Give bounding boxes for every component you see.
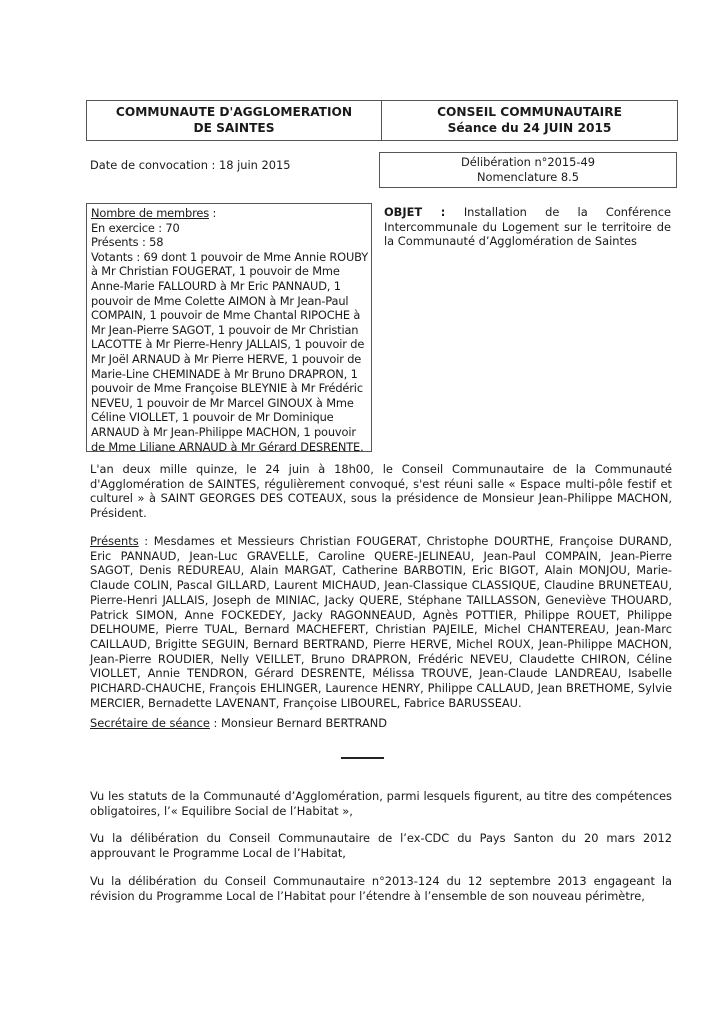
members-presents: Présents : 58 [91, 235, 371, 250]
considerant-statuts: Vu les statuts de la Communauté d’Agglom… [90, 789, 672, 818]
members-votants: Votants : 69 dont 1 pouvoir de Mme Annie… [91, 250, 371, 454]
secretaire-name: : Monsieur Bernard BERTRAND [210, 716, 387, 730]
header-organization: COMMUNAUTE D'AGGLOMERATION DE SAINTES [87, 101, 382, 140]
header-session: CONSEIL COMMUNAUTAIRE Séance du 24 JUIN … [382, 101, 677, 140]
members-en-exercice: En exercice : 70 [91, 221, 371, 236]
members-box: Nombre de membres : En exercice : 70 Pré… [86, 203, 372, 452]
intro-paragraph: L'an deux mille quinze, le 24 juin à 18h… [90, 462, 672, 521]
presents-list: : Mesdames et Messieurs Christian FOUGER… [90, 534, 672, 710]
secretaire-paragraph: Secrétaire de séance : Monsieur Bernard … [90, 716, 672, 731]
secretaire-label: Secrétaire de séance [90, 716, 210, 730]
members-title: Nombre de membres [91, 206, 209, 220]
header-org-line2: DE SAINTES [87, 120, 381, 136]
header-box: COMMUNAUTE D'AGGLOMERATION DE SAINTES CO… [86, 100, 678, 141]
header-org-line1: COMMUNAUTE D'AGGLOMERATION [87, 104, 381, 120]
deliberation-box: Délibération n°2015-49 Nomenclature 8.5 [379, 152, 677, 188]
members-title-line: Nombre de membres : [91, 206, 371, 221]
objet-label-suffix: : [422, 205, 464, 219]
section-separator [341, 757, 384, 759]
deliberation-number: Délibération n°2015-49 [380, 155, 676, 170]
convocation-date: Date de convocation : 18 juin 2015 [90, 158, 291, 173]
header-session-line2: Séance du 24 JUIN 2015 [382, 120, 677, 136]
deliberation-nomenclature: Nomenclature 8.5 [380, 170, 676, 185]
objet-section: OBJET : Installation de la Conférence In… [384, 205, 671, 249]
objet-label: OBJET [384, 205, 422, 219]
members-title-suffix: : [209, 206, 216, 220]
presents-label: Présents [90, 534, 139, 548]
considerant-revision-2013: Vu la délibération du Conseil Communauta… [90, 874, 672, 903]
presents-paragraph: Présents : Mesdames et Messieurs Christi… [90, 534, 672, 710]
header-session-line1: CONSEIL COMMUNAUTAIRE [382, 104, 677, 120]
considerant-plh-2012: Vu la délibération du Conseil Communauta… [90, 831, 672, 860]
